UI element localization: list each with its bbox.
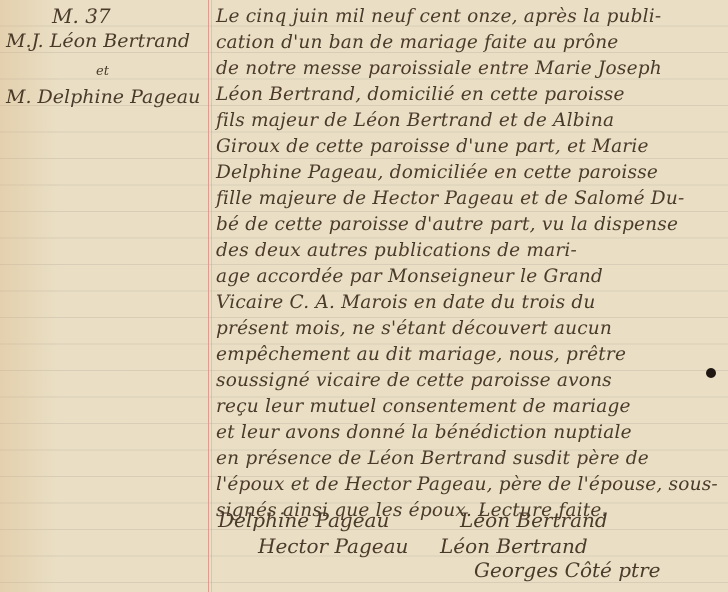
signature-father-of-groom: Léon Bertrand bbox=[440, 534, 588, 558]
body-line: Le cinq juin mil neuf cent onze, après l… bbox=[216, 4, 721, 30]
signature-groom: Léon Bertrand bbox=[460, 508, 608, 532]
body-line: Delphine Pageau, domiciliée en cette par… bbox=[216, 160, 721, 186]
body-line: Giroux de cette paroisse d'une part, et … bbox=[216, 134, 721, 160]
signature-bride: Delphine Pageau bbox=[218, 508, 389, 532]
register-page: M. 37 M.J. Léon Bertrand et M. Delphine … bbox=[0, 0, 728, 592]
body-line: bé de cette paroisse d'autre part, vu la… bbox=[216, 212, 721, 238]
margin-rule-secondary bbox=[211, 0, 212, 592]
body-line: reçu leur mutuel consentement de mariage bbox=[216, 394, 721, 420]
body-line: soussigné vicaire de cette paroisse avon… bbox=[216, 368, 721, 394]
groom-name: M.J. Léon Bertrand bbox=[6, 30, 190, 52]
body-line: empêchement au dit mariage, nous, prêtre bbox=[216, 342, 721, 368]
record-body: Le cinq juin mil neuf cent onze, après l… bbox=[216, 4, 721, 524]
body-line: des deux autres publications de mari- bbox=[216, 238, 721, 264]
body-line: de notre messe paroissiale entre Marie J… bbox=[216, 56, 721, 82]
body-line: fils majeur de Léon Bertrand et de Albin… bbox=[216, 108, 721, 134]
body-line: et leur avons donné la bénédiction nupti… bbox=[216, 420, 721, 446]
body-line: fille majeure de Hector Pageau et de Sal… bbox=[216, 186, 721, 212]
signature-father-of-bride: Hector Pageau bbox=[258, 534, 408, 558]
entry-number: M. 37 bbox=[52, 4, 111, 28]
body-line: Vicaire C. A. Marois en date du trois du bbox=[216, 290, 721, 316]
margin-rule bbox=[208, 0, 209, 592]
signature-priest: Georges Côté ptre bbox=[474, 558, 660, 582]
body-line: Léon Bertrand, domicilié en cette parois… bbox=[216, 82, 721, 108]
conjunction: et bbox=[96, 64, 109, 79]
body-line: age accordée par Monseigneur le Grand bbox=[216, 264, 721, 290]
ink-spot bbox=[706, 368, 716, 378]
body-line: cation d'un ban de mariage faite au prôn… bbox=[216, 30, 721, 56]
body-line: l'époux et de Hector Pageau, père de l'é… bbox=[216, 472, 721, 498]
bride-name: M. Delphine Pageau bbox=[6, 86, 200, 108]
body-line: présent mois, ne s'étant découvert aucun bbox=[216, 316, 721, 342]
body-line: en présence de Léon Bertrand susdit père… bbox=[216, 446, 721, 472]
